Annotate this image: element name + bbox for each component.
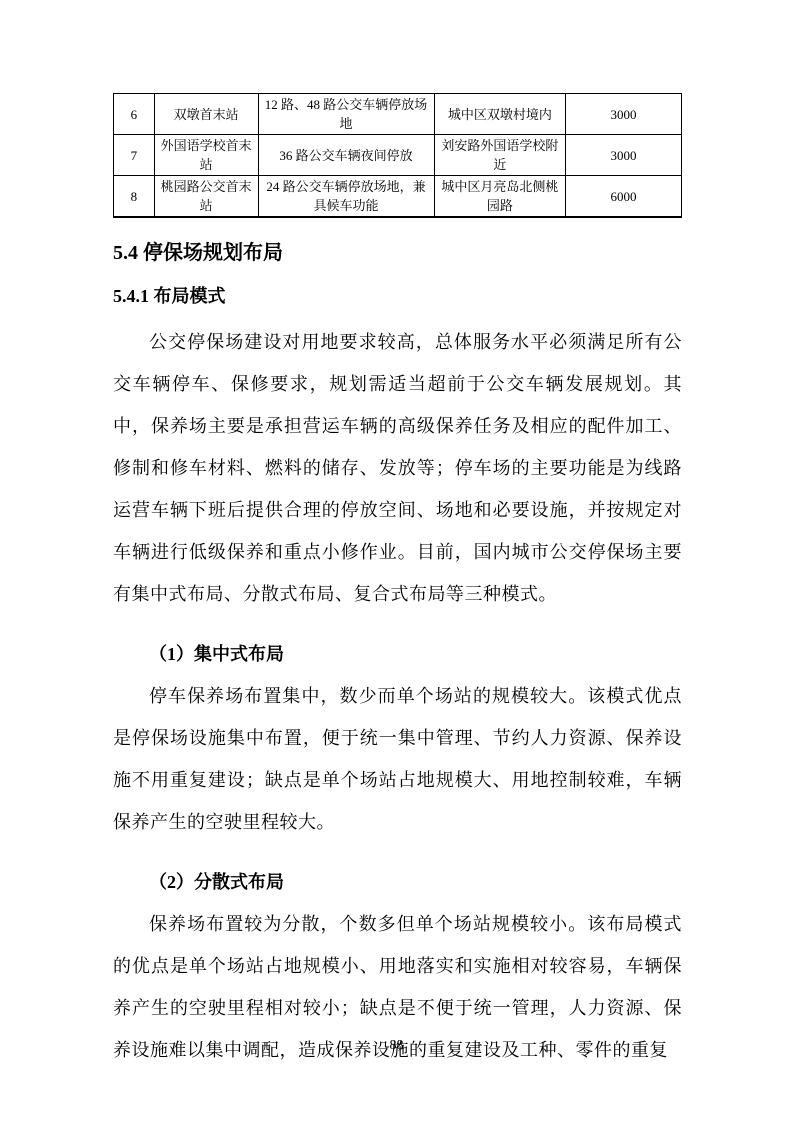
table-row: 7 外国语学校首末站 36 路公交车辆夜间停放 刘安路外国语学校附近 3000 bbox=[114, 135, 682, 176]
cell-area: 3000 bbox=[566, 135, 682, 176]
bus-terminal-table: 6 双墩首末站 12 路、48 路公交车辆停放场地 城中区双墩村境内 3000 … bbox=[113, 93, 682, 218]
cell-function: 36 路公交车辆夜间停放 bbox=[258, 135, 434, 176]
cell-station-name: 双墩首末站 bbox=[154, 94, 258, 135]
cell-station-name: 外国语学校首末站 bbox=[154, 135, 258, 176]
document-page: 6 双墩首末站 12 路、48 路公交车辆停放场地 城中区双墩村境内 3000 … bbox=[0, 0, 793, 1122]
section-heading-5-4: 5.4 停保场规划布局 bbox=[113, 239, 682, 267]
page-content: 6 双墩首末站 12 路、48 路公交车辆停放场地 城中区双墩村境内 3000 … bbox=[113, 93, 682, 1089]
cell-area: 3000 bbox=[566, 94, 682, 135]
subsection-2-title: （2）分散式布局 bbox=[113, 861, 682, 903]
cell-row-number: 7 bbox=[114, 135, 155, 176]
cell-location: 城中区双墩村境内 bbox=[434, 94, 566, 135]
cell-location: 刘安路外国语学校附近 bbox=[434, 135, 566, 176]
table-row: 8 桃园路公交首末站 24 路公交车辆停放场地，兼具候车功能 城中区月亮岛北侧桃… bbox=[114, 176, 682, 218]
cell-row-number: 8 bbox=[114, 176, 155, 218]
cell-row-number: 6 bbox=[114, 94, 155, 135]
intro-paragraph: 公交停保场建设对用地要求较高，总体服务水平必须满足所有公交车辆停车、保修要求，规… bbox=[113, 321, 682, 615]
section-heading-5-4-1: 5.4.1 布局模式 bbox=[113, 283, 682, 309]
cell-function: 12 路、48 路公交车辆停放场地 bbox=[258, 94, 434, 135]
table-row: 6 双墩首末站 12 路、48 路公交车辆停放场地 城中区双墩村境内 3000 bbox=[114, 94, 682, 135]
cell-station-name: 桃园路公交首末站 bbox=[154, 176, 258, 218]
subsection-1-title: （1）集中式布局 bbox=[113, 633, 682, 675]
subsection-1-paragraph: 停车保养场布置集中，数少而单个场站的规模较大。该模式优点是停保场设施集中布置，便… bbox=[113, 675, 682, 843]
page-number: 88 bbox=[0, 1038, 793, 1054]
cell-location: 城中区月亮岛北侧桃园路 bbox=[434, 176, 566, 218]
cell-function: 24 路公交车辆停放场地，兼具候车功能 bbox=[258, 176, 434, 218]
cell-area: 6000 bbox=[566, 176, 682, 218]
